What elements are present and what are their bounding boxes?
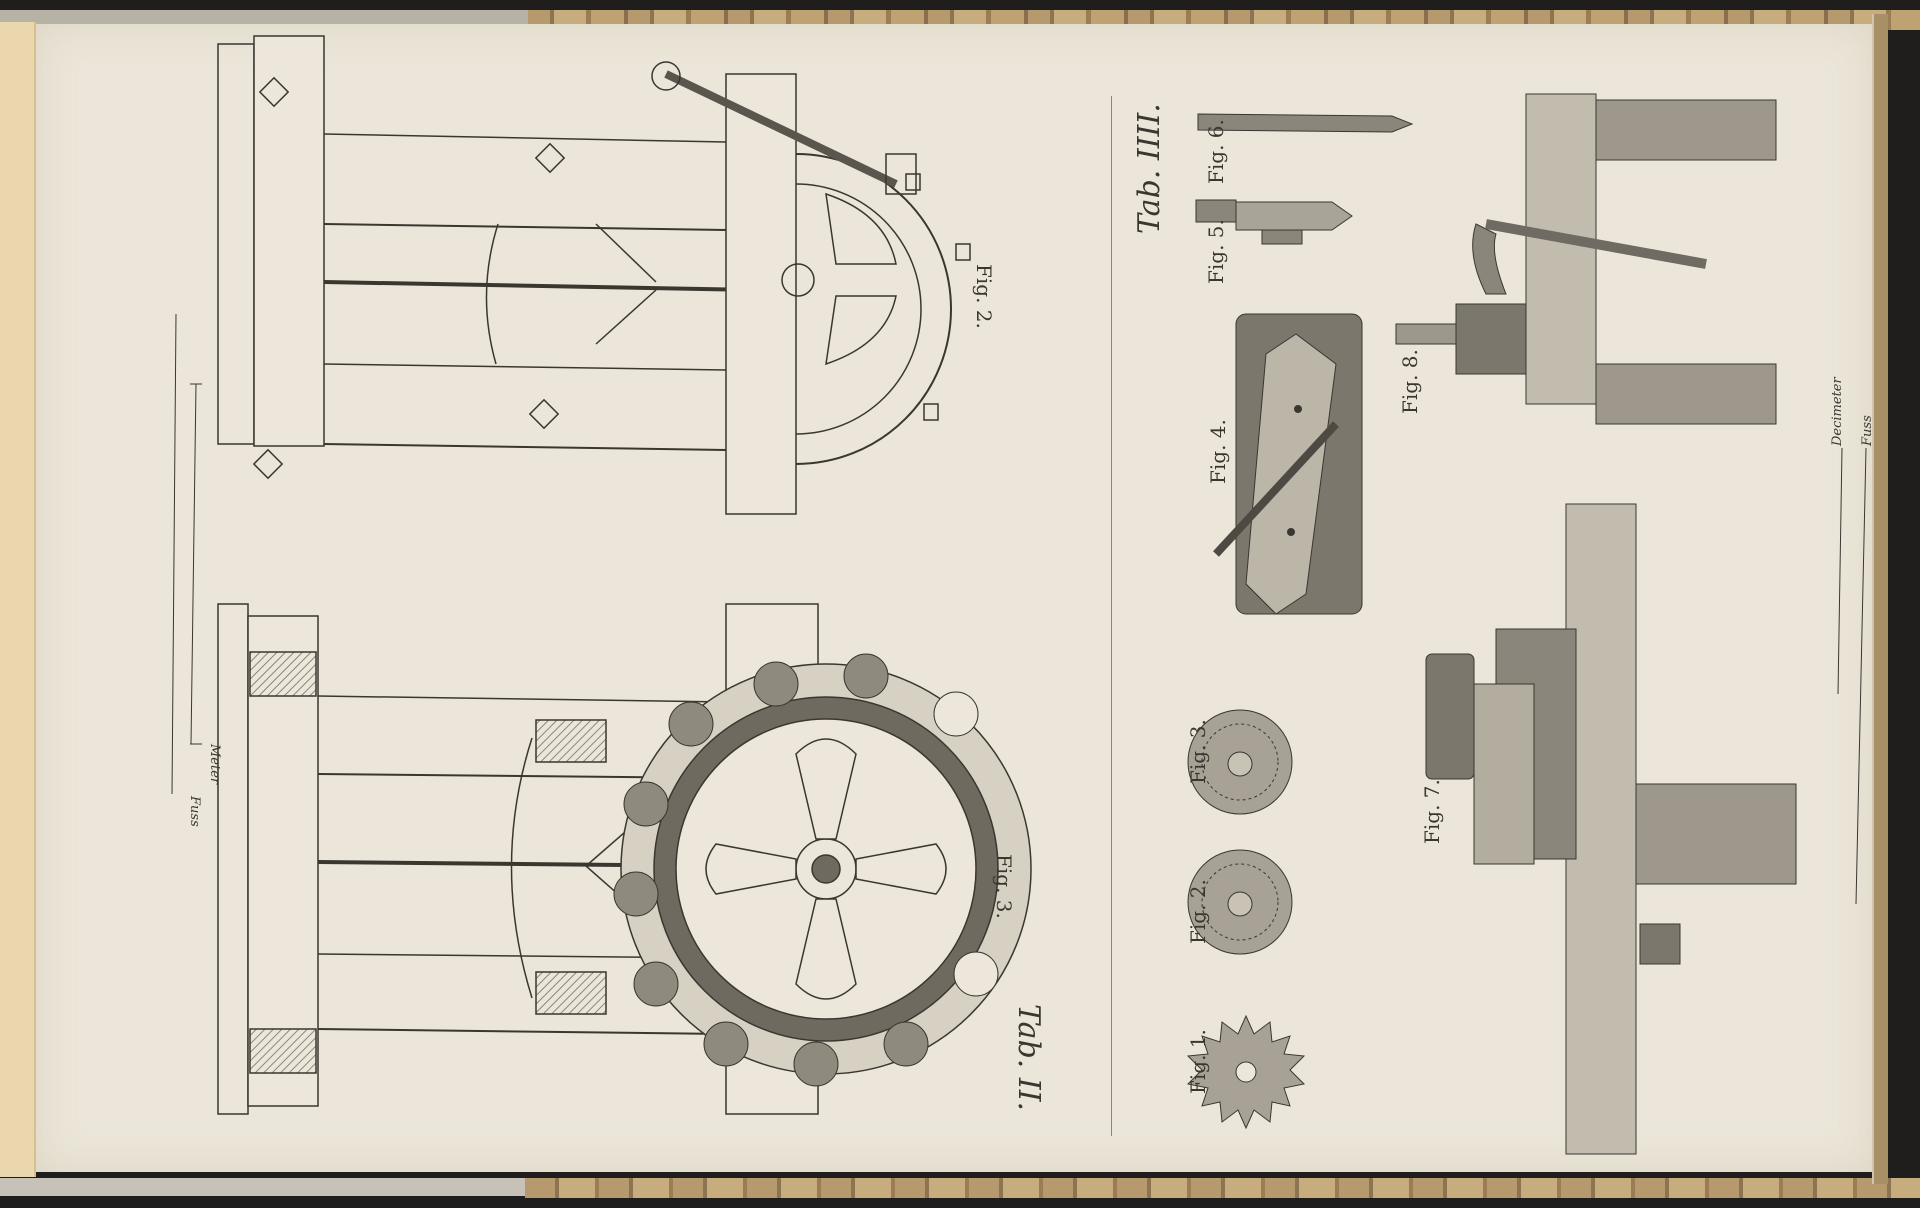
fig7-plane-assembly-drawing	[1396, 494, 1836, 1164]
marbled-edge-bottom	[525, 1178, 1920, 1198]
fig6-label: Fig. 6.	[1204, 119, 1228, 184]
right-scale-unit-decimeter: Decimeter	[1830, 377, 1845, 446]
right-scale-bar: Decimeter Fuss	[1826, 424, 1886, 904]
fig8-label: Fig. 8.	[1398, 349, 1422, 414]
cloth-binding-bottom	[0, 1178, 525, 1196]
fig5-label: Fig. 5.	[1204, 219, 1228, 284]
fig3-right-label: Fig. 3.	[1186, 719, 1210, 784]
tab2-title: Tab. II.	[1011, 1004, 1046, 1111]
fig2-right-label: Fig. 2.	[1186, 879, 1210, 944]
fig7-linework	[1396, 494, 1836, 1164]
fig4-plane-drawing	[1206, 304, 1366, 624]
left-scale-unit-meter: Meter	[207, 744, 222, 784]
panel-divider	[1111, 96, 1112, 1136]
left-scale-bar: Meter Fuss	[166, 274, 226, 794]
fig7-label: Fig. 7.	[1420, 779, 1444, 844]
fig8-plane-assembly-drawing	[1366, 94, 1826, 434]
left-scale-linework	[166, 274, 226, 794]
flyleaf-page	[0, 22, 36, 1177]
tab4-title: Tab. IIII.	[1132, 103, 1167, 234]
left-scale-unit-fuss: Fuss	[187, 796, 202, 827]
fig2-left-label: Fig. 2.	[972, 264, 996, 329]
fig3-left-label: Fig. 3.	[992, 854, 1016, 919]
engraving-plate: Fig. 2.	[36, 24, 1872, 1172]
fig4-label: Fig. 4.	[1206, 419, 1230, 484]
fig1-label: Fig. 1.	[1186, 1029, 1210, 1094]
fig8-linework	[1366, 94, 1826, 434]
right-scale-unit-fuss: Fuss	[1860, 415, 1875, 446]
fig4-linework	[1206, 304, 1366, 624]
right-scale-linework	[1826, 424, 1886, 904]
